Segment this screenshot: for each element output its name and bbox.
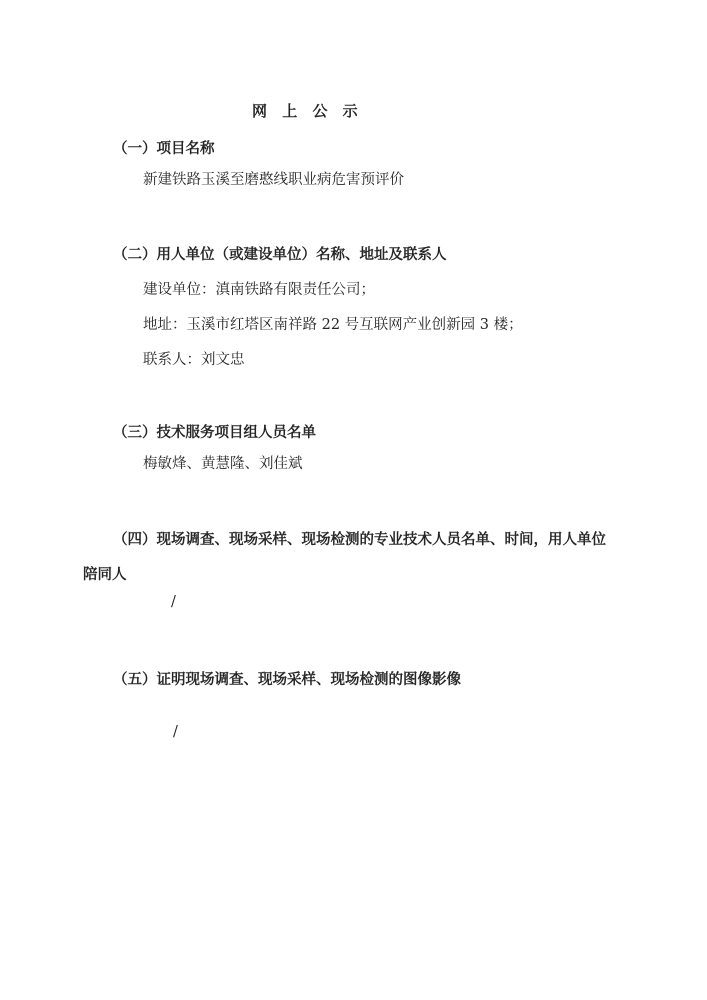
- section-5-placeholder-slash: /: [173, 723, 178, 742]
- section-2-heading: （二）用人单位（或建设单位）名称、地址及联系人: [113, 245, 447, 264]
- section-4-heading-line1: （四）现场调查、现场采样、现场检测的专业技术人员名单、时间，用人单位: [113, 530, 606, 549]
- address-line: 地址：玉溪市红塔区南祥路 22 号互联网产业创新园 3 楼；: [143, 316, 523, 335]
- project-name-text: 新建铁路玉溪至磨憨线职业病危害预评价: [143, 171, 404, 190]
- team-members-line: 梅敏烽、黄慧隆、刘佳斌: [143, 455, 303, 474]
- section-4-placeholder-slash: /: [171, 593, 176, 612]
- section-5-heading: （五）证明现场调查、现场采样、现场检测的图像影像: [113, 670, 461, 689]
- document-page: 网 上 公 示 （一）项目名称 新建铁路玉溪至磨憨线职业病危害预评价 （二）用人…: [0, 0, 707, 1000]
- section-3-heading: （三）技术服务项目组人员名单: [113, 423, 316, 442]
- section-4-heading-continuation: 陪同人: [83, 565, 127, 584]
- construction-unit-line: 建设单位：滇南铁路有限责任公司；: [143, 281, 375, 300]
- contact-person-line: 联系人：刘文忠: [143, 351, 245, 370]
- section-1-heading: （一）项目名称: [113, 139, 215, 158]
- document-title: 网 上 公 示: [252, 102, 358, 121]
